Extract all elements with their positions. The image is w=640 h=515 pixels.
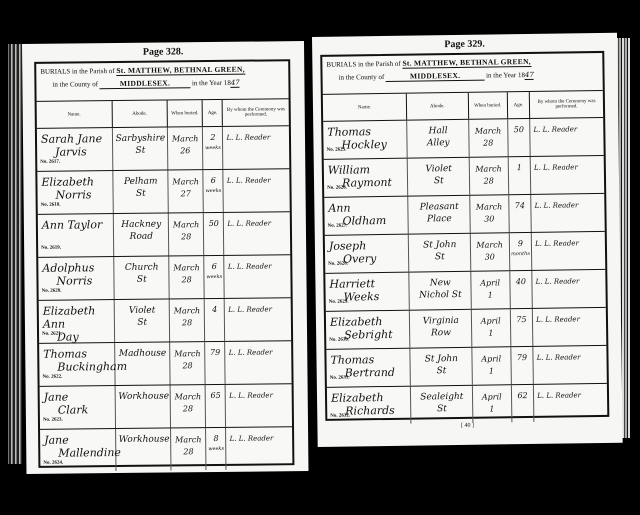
book-edge-left — [8, 44, 22, 464]
col-when-buried: When buried. — [468, 92, 508, 119]
page-number: Page 329. — [312, 37, 617, 52]
entry-officiant: L. L. Reader — [224, 169, 290, 212]
entry-number: No. 2631. — [330, 372, 350, 385]
county-name: MIDDLESEX. — [100, 78, 190, 89]
table-row: Elizabeth AnnDayNo. 2621.VioletStMarch28… — [39, 298, 291, 344]
burial-day: 1 — [488, 328, 493, 337]
entry-abode: ChurchSt — [114, 256, 170, 299]
entry-number: No. 2628. — [328, 258, 348, 271]
entry-number: No. 2623. — [43, 414, 63, 427]
entry-officiant: L. L. Reader — [532, 232, 605, 270]
entry-abode: VioletSt — [408, 158, 470, 196]
entry-burial-date: April1 — [472, 347, 512, 385]
table-row: WilliamRaymontNo. 2626.VioletStMarch281L… — [324, 156, 605, 198]
age-unit: weeks — [206, 274, 222, 280]
age-unit: weeks — [205, 188, 221, 194]
burial-day: 26 — [180, 146, 190, 155]
entry-number: No. 2622. — [42, 371, 62, 384]
abode-line-2: St — [437, 366, 447, 376]
abode-line-1: New — [430, 278, 451, 288]
entry-burial-date: April1 — [471, 309, 511, 347]
entry-abode: VirginiaRow — [410, 310, 472, 348]
burial-day: 28 — [182, 318, 192, 327]
entry-first-name: Thomas — [330, 353, 374, 367]
burial-day: 30 — [485, 252, 495, 261]
register-table: BURIALS in the Parish of St. MATTHEW, BE… — [320, 51, 609, 421]
table-row: HarriettWeeksNo. 2629.NewNichol StApril1… — [325, 270, 606, 312]
col-abode: Abode. — [112, 100, 168, 127]
entry-age: 75 — [511, 309, 534, 346]
entry-age: 1 — [508, 157, 531, 194]
entry-list: ThomasHockleyNo. 2625.HallAlleyMarch2850… — [323, 118, 607, 425]
table-row: JaneClarkNo. 2623.WorkhouseMarch2865L. L… — [40, 384, 292, 430]
entry-number: No. 2618. — [41, 199, 61, 212]
entry-abode: Madhouse — [115, 342, 171, 385]
age-value: 6 — [212, 262, 217, 271]
entry-name: ElizabethRichardsNo. 2632. — [327, 387, 412, 425]
entry-officiant: L. L. Reader — [534, 384, 607, 422]
abode-line-2: St — [435, 252, 445, 262]
entry-burial-date: March28 — [469, 119, 509, 157]
abode-line-2: St — [137, 275, 147, 285]
age-value: 50 — [209, 219, 219, 228]
entry-age: 4 — [205, 299, 226, 341]
burial-day: 1 — [488, 291, 493, 300]
entry-age: 9months — [510, 233, 533, 270]
entry-first-name: William — [328, 163, 370, 177]
age-unit: weeks — [208, 446, 224, 452]
entry-name: JosephOveryNo. 2628. — [325, 235, 410, 273]
entry-officiant: L. L. Reader — [224, 212, 290, 255]
page-number: Page 328. — [22, 45, 304, 59]
age-value: 40 — [516, 277, 526, 286]
county-name: MIDDLESEX. — [386, 71, 484, 82]
age-value: 9 — [518, 239, 523, 248]
year-value: 47 — [525, 71, 534, 80]
entry-first-name: Adolphus — [42, 261, 94, 275]
table-row: ElizabethRichardsNo. 2632.SealeightStApr… — [327, 384, 607, 425]
burial-month: March — [175, 392, 202, 401]
burial-month: March — [172, 177, 199, 186]
entry-number: No. 2624. — [43, 457, 63, 470]
entry-age: 50 — [204, 213, 225, 255]
entry-age: 79 — [205, 342, 226, 384]
age-unit: months — [511, 251, 530, 257]
year-prefix: in the Year 18 — [192, 79, 231, 87]
burials-prefix: BURIALS in the Parish of — [40, 67, 114, 76]
abode-line-1: Workhouse — [119, 434, 170, 445]
entry-age: 62 — [512, 385, 535, 422]
entry-burial-date: March28 — [171, 385, 207, 427]
table-row: ThomasHockleyNo. 2625.HallAlleyMarch2850… — [323, 118, 604, 160]
abode-line-2: St — [434, 176, 444, 186]
table-row: ThomasBuckinghamNo. 2622.MadhouseMarch28… — [39, 341, 291, 387]
entry-officiant: L. L. Reader — [225, 255, 291, 298]
entry-burial-date: April1 — [471, 271, 511, 309]
entry-burial-date: March30 — [470, 195, 510, 233]
parish-name: St. MATTHEW, BETHNAL GREEN, — [116, 65, 245, 76]
year-prefix: in the Year 18 — [486, 71, 525, 80]
abode-line-1: Virginia — [423, 316, 459, 327]
table-row: ThomasBertrandNo. 2631.St JohnStApril179… — [326, 346, 607, 388]
table-row: JosephOveryNo. 2628.St JohnStMarch309mon… — [325, 232, 606, 274]
burial-month: March — [475, 126, 502, 135]
col-abode: Abode. — [407, 93, 469, 120]
entry-burial-date: March26 — [168, 127, 204, 169]
burial-day: 28 — [483, 138, 493, 147]
abode-line-1: Madhouse — [119, 349, 166, 359]
register-header: BURIALS in the Parish of St. MATTHEW, BE… — [322, 53, 603, 95]
entry-abode: Workhouse — [116, 428, 172, 471]
entry-name: ElizabethNorrisNo. 2618. — [37, 171, 113, 214]
entry-number: No. 2630. — [329, 334, 349, 347]
entry-officiant: L. L. Reader — [225, 298, 291, 341]
entry-number: No. 2626. — [327, 182, 347, 195]
col-age: Age. — [203, 100, 223, 126]
burials-prefix: BURIALS in the Parish of — [326, 60, 400, 69]
burial-day: 28 — [181, 275, 191, 284]
abode-line-2: St — [437, 404, 447, 414]
age-unit: weeks — [205, 145, 221, 151]
register-page-right: Page 329. BURIALS in the Parish of St. M… — [312, 33, 623, 447]
abode-line-1: Violet — [129, 306, 156, 316]
burial-month: March — [475, 164, 502, 173]
age-value: 74 — [515, 201, 525, 210]
entry-first-name: Jane — [44, 391, 69, 404]
entry-name: ThomasBuckinghamNo. 2622. — [39, 343, 115, 386]
entry-name: Elizabeth AnnDayNo. 2621. — [39, 300, 115, 343]
burial-month: April — [481, 354, 501, 363]
entry-burial-date: March28 — [169, 256, 205, 298]
entry-name: AnnOldhamNo. 2627. — [324, 197, 409, 235]
year-value: 47 — [231, 79, 240, 88]
burial-day: 27 — [181, 189, 191, 198]
age-value: 75 — [516, 315, 526, 324]
entry-burial-date: March27 — [168, 170, 204, 212]
entry-list: Sarah JaneJarvisNo. 2617.SarbyshireStMar… — [37, 126, 293, 472]
parish-name: St. MATTHEW, BETHNAL GREEN, — [402, 57, 531, 69]
col-officiant: By whom the Ceremony was performed. — [223, 99, 289, 126]
entry-number: No. 2629. — [329, 296, 349, 309]
abode-line-1: Violet — [425, 164, 452, 174]
entry-age: 65 — [206, 385, 227, 427]
abode-line-1: Church — [125, 263, 159, 273]
abode-line-2: St — [135, 146, 145, 156]
entry-first-name: Ann Taylor — [42, 218, 102, 232]
entry-number: No. 2620. — [42, 285, 62, 298]
burial-day: 28 — [181, 232, 191, 241]
entry-first-name: Elizabeth — [331, 391, 384, 405]
entry-first-name: Jane — [44, 434, 69, 447]
entry-age: 50 — [508, 119, 531, 156]
entry-burial-date: March28 — [170, 299, 206, 341]
entry-name: WilliamRaymontNo. 2626. — [324, 159, 409, 197]
entry-number: No. 2625. — [326, 144, 346, 157]
entry-first-name: Elizabeth — [41, 175, 94, 189]
entry-name: JaneMallendineNo. 2624. — [40, 429, 116, 472]
abode-line-1: Sealeight — [420, 392, 463, 403]
age-value: 8 — [213, 434, 218, 443]
burial-month: March — [476, 202, 503, 211]
register-page-left: Page 328. BURIALS in the Parish of St. M… — [22, 41, 308, 474]
entry-age: 79 — [511, 347, 534, 384]
entry-name: Sarah JaneJarvisNo. 2617. — [37, 128, 113, 171]
entry-first-name: Harriett — [329, 277, 375, 291]
burial-month: March — [175, 435, 202, 444]
entry-name: Ann TaylorNo. 2619. — [38, 214, 114, 257]
abode-line-1: Pleasant — [420, 202, 459, 213]
age-value: 4 — [212, 305, 217, 314]
burial-day: 28 — [182, 361, 192, 370]
entry-abode: Workhouse — [115, 385, 171, 428]
entry-age: 40 — [510, 271, 533, 308]
burial-month: March — [172, 134, 199, 143]
burial-month: March — [174, 349, 201, 358]
abode-line-2: Nichol St — [419, 290, 462, 301]
entry-first-name: Ann — [328, 201, 350, 214]
abode-line-2: St — [137, 318, 147, 328]
age-value: 6 — [211, 176, 216, 185]
burial-day: 1 — [489, 404, 494, 413]
abode-line-2: St — [136, 189, 146, 199]
burial-day: 28 — [183, 404, 193, 413]
entry-abode: SarbyshireSt — [112, 127, 168, 170]
age-value: 62 — [517, 391, 527, 400]
entry-abode: SealeightSt — [411, 386, 473, 424]
col-age: Age. — [508, 92, 531, 118]
entry-abode: St JohnSt — [409, 234, 471, 272]
entry-officiant: L. L. Reader — [223, 126, 289, 169]
abode-line-2: Road — [130, 232, 153, 242]
entry-officiant: L. L. Reader — [531, 194, 604, 232]
entry-name: ThomasBertrandNo. 2631. — [326, 349, 411, 387]
table-row: JaneMallendineNo. 2624.WorkhouseMarch288… — [40, 427, 292, 472]
burial-month: April — [480, 278, 500, 287]
entry-age: 8weeks — [206, 428, 227, 470]
burial-day: 28 — [484, 176, 494, 185]
entry-officiant: L. L. Reader — [530, 118, 603, 156]
entry-officiant: L. L. Reader — [534, 346, 607, 384]
abode-line-2: Row — [431, 328, 451, 338]
entry-burial-date: April1 — [472, 385, 512, 423]
entry-number: No. 2617. — [40, 156, 60, 169]
entry-age: 74 — [509, 195, 532, 232]
age-value: 79 — [517, 353, 527, 362]
entry-name: ElizabethSebrightNo. 2630. — [326, 311, 411, 349]
age-value: 50 — [514, 125, 524, 134]
entry-first-name: Joseph — [329, 239, 367, 253]
entry-abode: HallAlley — [407, 120, 469, 158]
entry-number: No. 2621. — [42, 328, 62, 341]
table-row: Ann TaylorNo. 2619.HackneyRoadMarch2850L… — [38, 212, 290, 258]
burial-day: 1 — [489, 366, 494, 375]
entry-abode: PleasantPlace — [408, 196, 470, 234]
col-officiant: By whom the Ceremony was performed. — [530, 91, 603, 118]
county-prefix: in the County of — [52, 80, 98, 88]
column-headers: Name. Abode. When buried. Age. By whom t… — [37, 99, 289, 129]
burial-month: April — [481, 316, 501, 325]
county-prefix: in the County of — [339, 73, 385, 82]
entry-abode: NewNichol St — [409, 272, 471, 310]
burial-month: April — [482, 392, 502, 401]
abode-line-2: Alley — [427, 138, 450, 148]
table-row: Sarah JaneJarvisNo. 2617.SarbyshireStMar… — [37, 126, 289, 172]
entry-officiant: L. L. Reader — [531, 156, 604, 194]
entry-name: ThomasHockleyNo. 2625. — [323, 121, 408, 159]
burial-month: March — [174, 306, 201, 315]
age-value: 79 — [210, 348, 220, 357]
table-row: AnnOldhamNo. 2627.PleasantPlaceMarch3074… — [324, 194, 605, 236]
entry-age: 2weeks — [203, 127, 224, 169]
entry-name: JaneClarkNo. 2623. — [40, 386, 116, 429]
entry-abode: St JohnSt — [410, 348, 472, 386]
entry-number: No. 2627. — [328, 220, 348, 233]
entry-abode: HackneyRoad — [113, 213, 169, 256]
entry-officiant: L. L. Reader — [226, 427, 292, 470]
register-table: BURIALS in the Parish of St. MATTHEW, BE… — [34, 59, 294, 468]
burial-month: March — [173, 220, 200, 229]
burial-day: 30 — [484, 214, 494, 223]
entry-first-name: Thomas — [43, 347, 87, 360]
table-row: ElizabethSebrightNo. 2630.VirginiaRowApr… — [326, 308, 607, 350]
burial-month: March — [173, 263, 200, 272]
entry-first-name: Sarah Jane — [41, 132, 102, 146]
entry-first-name: Thomas — [327, 125, 371, 139]
entry-first-name: Elizabeth — [330, 315, 383, 329]
age-value: 2 — [210, 133, 215, 142]
entry-burial-date: March28 — [171, 428, 207, 470]
abode-line-1: Pelham — [124, 177, 158, 187]
register-header: BURIALS in the Parish of St. MATTHEW, BE… — [36, 61, 288, 102]
age-value: 65 — [210, 391, 220, 400]
entry-officiant: L. L. Reader — [226, 341, 292, 384]
entry-name: AdolphusNorrisNo. 2620. — [38, 257, 114, 300]
entry-number: No. 2632. — [330, 410, 350, 423]
burial-month: March — [476, 240, 503, 249]
entry-age: 6weeks — [204, 170, 225, 212]
entry-burial-date: March28 — [169, 213, 205, 255]
abode-line-1: St John — [423, 240, 456, 250]
entry-number: No. 2619. — [41, 242, 61, 255]
col-when-buried: When buried. — [168, 100, 204, 126]
entry-abode: VioletSt — [114, 299, 170, 342]
age-value: 1 — [517, 163, 522, 172]
abode-line-2: Place — [427, 214, 452, 224]
entry-officiant: L. L. Reader — [226, 384, 292, 427]
entry-officiant: L. L. Reader — [533, 308, 606, 346]
entry-abode: PelhamSt — [113, 170, 169, 213]
abode-line-1: St John — [425, 354, 458, 364]
table-row: AdolphusNorrisNo. 2620.ChurchStMarch286w… — [38, 255, 290, 301]
entry-age: 6weeks — [205, 256, 226, 298]
abode-line-1: Sarbyshire — [116, 134, 166, 145]
burial-day: 28 — [183, 447, 193, 456]
entry-officiant: L. L. Reader — [532, 270, 605, 308]
entry-burial-date: March30 — [470, 233, 510, 271]
abode-line-1: Hackney — [121, 220, 161, 230]
column-headers: Name. Abode. When buried. Age. By whom t… — [323, 91, 603, 122]
table-row: ElizabethNorrisNo. 2618.PelhamStMarch276… — [37, 169, 289, 215]
col-name: Name. — [37, 101, 113, 128]
entry-burial-date: March28 — [469, 157, 509, 195]
col-name: Name. — [323, 94, 407, 121]
entry-burial-date: March28 — [170, 342, 206, 384]
abode-line-1: Hall — [429, 126, 448, 136]
abode-line-1: Workhouse — [118, 391, 169, 402]
entry-name: HarriettWeeksNo. 2629. — [325, 273, 410, 311]
